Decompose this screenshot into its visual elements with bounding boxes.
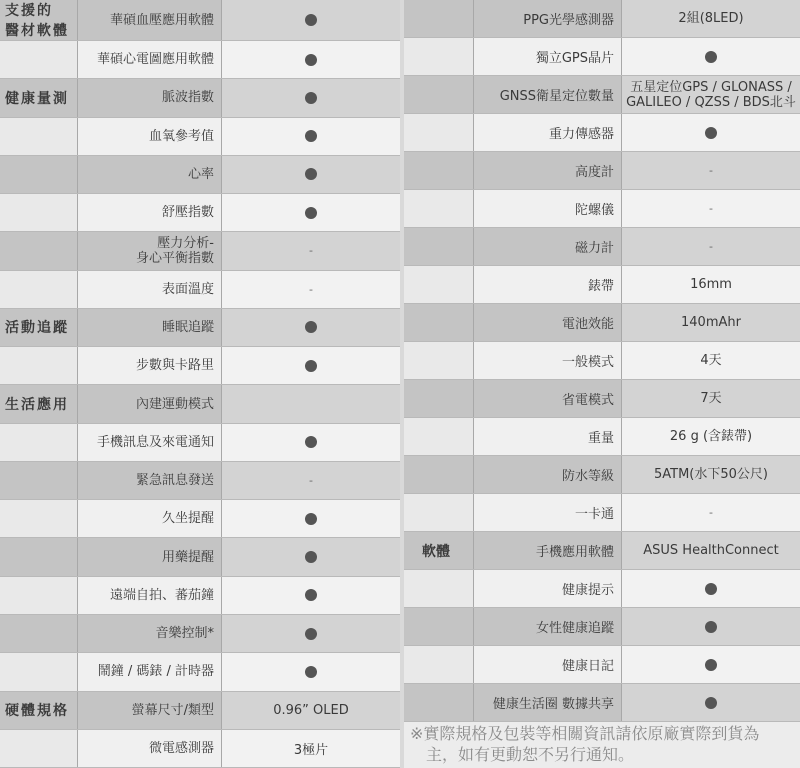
category-cell	[404, 190, 474, 227]
feature-cell: GNSS衛星定位數量	[474, 76, 622, 113]
spec-row: 獨立GPS晶片	[404, 38, 800, 76]
supported-dot-icon	[305, 513, 317, 525]
value-cell	[222, 0, 400, 40]
value-cell: 4天	[622, 342, 800, 379]
category-cell	[404, 684, 474, 721]
feature-cell: 華碩心電圖應用軟體	[78, 41, 222, 78]
supported-dot-icon	[705, 659, 717, 671]
spec-row: 女性健康追蹤	[404, 608, 800, 646]
category-cell	[404, 380, 474, 417]
spec-row: 電池效能140mAhr	[404, 304, 800, 342]
feature-cell: 女性健康追蹤	[474, 608, 622, 645]
category-cell	[404, 494, 474, 531]
value-cell: 5ATM(水下50公尺)	[622, 456, 800, 493]
value-cell: 2組(8LED)	[622, 0, 800, 37]
spec-sheet: 支援的醫材軟體華碩血壓應用軟體華碩心電圖應用軟體健康量測脈波指數血氧參考值心率舒…	[0, 0, 800, 768]
value-cell: -	[222, 232, 400, 269]
category-cell	[0, 577, 78, 614]
supported-dot-icon	[705, 127, 717, 139]
spec-row: 重力傳感器	[404, 114, 800, 152]
category-cell	[404, 38, 474, 75]
spec-row: 一般模式4天	[404, 342, 800, 380]
feature-cell: 心率	[78, 156, 222, 193]
category-cell: 支援的醫材軟體	[0, 0, 78, 40]
feature-cell: 用藥提醒	[78, 538, 222, 575]
value-cell	[222, 41, 400, 78]
value-cell: 26 g (含錶帶)	[622, 418, 800, 455]
category-cell	[0, 730, 78, 767]
supported-dot-icon	[705, 583, 717, 595]
feature-cell: 防水等級	[474, 456, 622, 493]
spec-row: 血氧參考值	[0, 118, 400, 156]
value-cell	[222, 309, 400, 346]
spec-row: 生活應用內建運動模式	[0, 385, 400, 423]
value-cell: 五星定位GPS / GLONASS /GALILEO / QZSS / BDS北…	[622, 76, 800, 113]
value-cell	[222, 194, 400, 231]
value-cell: 7天	[622, 380, 800, 417]
spec-row: 久坐提醒	[0, 500, 400, 538]
feature-cell: 睡眠追蹤	[78, 309, 222, 346]
category-cell	[404, 266, 474, 303]
category-cell	[0, 271, 78, 308]
feature-cell: 內建運動模式	[78, 385, 222, 422]
category-cell	[0, 347, 78, 384]
category-cell	[0, 232, 78, 269]
value-cell	[222, 79, 400, 116]
not-supported-dash: -	[309, 244, 313, 257]
category-cell	[404, 76, 474, 113]
feature-cell: 緊急訊息發送	[78, 462, 222, 499]
supported-dot-icon	[305, 589, 317, 601]
spec-row: 壓力分析-身心平衡指數-	[0, 232, 400, 270]
category-cell	[0, 424, 78, 461]
supported-dot-icon	[705, 51, 717, 63]
spec-row: 健康日記	[404, 646, 800, 684]
category-cell	[0, 500, 78, 537]
value-cell	[222, 500, 400, 537]
feature-cell: 華碩血壓應用軟體	[78, 0, 222, 40]
spec-row: 微電感測器3極片	[0, 730, 400, 768]
feature-cell: 舒壓指數	[78, 194, 222, 231]
feature-cell: 手機應用軟體	[474, 532, 622, 569]
category-cell	[404, 342, 474, 379]
spec-row: 緊急訊息發送-	[0, 462, 400, 500]
spec-row: 防水等級5ATM(水下50公尺)	[404, 456, 800, 494]
disclaimer-line-1: ※實際規格及包裝等相關資訊請依原廠實際到貨為	[410, 723, 800, 744]
value-cell	[222, 577, 400, 614]
feature-cell: 高度計	[474, 152, 622, 189]
spec-row: 步數與卡路里	[0, 347, 400, 385]
value-cell	[222, 653, 400, 690]
spec-row: 手機訊息及來電通知	[0, 424, 400, 462]
value-cell: 0.96” OLED	[222, 692, 400, 729]
feature-cell: 螢幕尺寸/類型	[78, 692, 222, 729]
category-cell	[0, 194, 78, 231]
category-cell	[404, 418, 474, 455]
supported-dot-icon	[305, 14, 317, 26]
value-cell: -	[622, 228, 800, 265]
category-cell	[0, 538, 78, 575]
supported-dot-icon	[305, 360, 317, 372]
spec-row: 一卡通-	[404, 494, 800, 532]
spec-table-left: 支援的醫材軟體華碩血壓應用軟體華碩心電圖應用軟體健康量測脈波指數血氧參考值心率舒…	[0, 0, 400, 768]
spec-row: 健康生活圈 數據共享	[404, 684, 800, 722]
spec-row: 活動追蹤睡眠追蹤	[0, 309, 400, 347]
feature-cell: 遠端自拍、蕃茄鐘	[78, 577, 222, 614]
not-supported-dash: -	[309, 283, 313, 296]
category-cell	[404, 152, 474, 189]
spec-row: 鬧鐘 / 碼錶 / 計時器	[0, 653, 400, 691]
feature-cell: 血氧參考值	[78, 118, 222, 155]
supported-dot-icon	[305, 436, 317, 448]
feature-cell: 健康日記	[474, 646, 622, 683]
category-cell	[404, 0, 474, 37]
supported-dot-icon	[305, 551, 317, 563]
value-cell	[622, 570, 800, 607]
feature-cell: 獨立GPS晶片	[474, 38, 622, 75]
disclaimer-note: ※實際規格及包裝等相關資訊請依原廠實際到貨為 主，如有更動恕不另行通知。	[404, 722, 800, 768]
value-cell	[622, 608, 800, 645]
spec-row: 健康提示	[404, 570, 800, 608]
feature-cell: 重力傳感器	[474, 114, 622, 151]
value-cell	[622, 114, 800, 151]
supported-dot-icon	[305, 92, 317, 104]
category-cell: 健康量測	[0, 79, 78, 116]
feature-cell: 微電感測器	[78, 730, 222, 767]
feature-cell: 步數與卡路里	[78, 347, 222, 384]
supported-dot-icon	[305, 54, 317, 66]
value-cell: -	[622, 494, 800, 531]
spec-row: 支援的醫材軟體華碩血壓應用軟體	[0, 0, 400, 41]
category-cell	[404, 228, 474, 265]
value-cell: -	[622, 190, 800, 227]
category-cell	[0, 462, 78, 499]
supported-dot-icon	[305, 207, 317, 219]
feature-cell: 省電模式	[474, 380, 622, 417]
disclaimer-line-2: 主，如有更動恕不另行通知。	[410, 744, 800, 765]
spec-table-right: PPG光學感測器2組(8LED)獨立GPS晶片GNSS衛星定位數量五星定位GPS…	[404, 0, 800, 722]
value-cell: -	[622, 152, 800, 189]
category-cell	[404, 456, 474, 493]
category-cell: 硬體規格	[0, 692, 78, 729]
category-cell	[0, 118, 78, 155]
spec-row: 遠端自拍、蕃茄鐘	[0, 577, 400, 615]
feature-cell: 久坐提醒	[78, 500, 222, 537]
not-supported-dash: -	[309, 474, 313, 487]
category-cell	[404, 304, 474, 341]
spec-row: PPG光學感測器2組(8LED)	[404, 0, 800, 38]
feature-cell: 重量	[474, 418, 622, 455]
supported-dot-icon	[305, 321, 317, 333]
category-cell	[404, 570, 474, 607]
category-cell	[0, 653, 78, 690]
category-cell	[404, 114, 474, 151]
spec-row: 健康量測脈波指數	[0, 79, 400, 117]
supported-dot-icon	[305, 130, 317, 142]
feature-cell: 健康生活圈 數據共享	[474, 684, 622, 721]
not-supported-dash: -	[709, 505, 713, 520]
value-cell: -	[222, 462, 400, 499]
category-cell	[0, 156, 78, 193]
spec-row: 用藥提醒	[0, 538, 400, 576]
spec-row: 磁力計-	[404, 228, 800, 266]
spec-row: 舒壓指數	[0, 194, 400, 232]
feature-cell: PPG光學感測器	[474, 0, 622, 37]
feature-cell: 一卡通	[474, 494, 622, 531]
not-supported-dash: -	[709, 163, 713, 178]
value-cell: ASUS HealthConnect	[622, 532, 800, 569]
not-supported-dash: -	[709, 239, 713, 254]
supported-dot-icon	[305, 666, 317, 678]
value-cell	[622, 684, 800, 721]
value-cell	[222, 118, 400, 155]
spec-row: 軟體手機應用軟體ASUS HealthConnect	[404, 532, 800, 570]
category-cell: 生活應用	[0, 385, 78, 422]
feature-cell: 手機訊息及來電通知	[78, 424, 222, 461]
spec-row: 省電模式7天	[404, 380, 800, 418]
value-cell: 16mm	[622, 266, 800, 303]
value-cell	[622, 646, 800, 683]
value-cell	[222, 385, 400, 422]
feature-cell: 脈波指數	[78, 79, 222, 116]
value-cell: 3極片	[222, 730, 400, 767]
spec-row: 心率	[0, 156, 400, 194]
category-cell: 軟體	[404, 532, 474, 569]
category-cell: 活動追蹤	[0, 309, 78, 346]
category-cell	[404, 608, 474, 645]
spec-row: 表面溫度-	[0, 271, 400, 309]
feature-cell: 音樂控制*	[78, 615, 222, 652]
feature-cell: 健康提示	[474, 570, 622, 607]
feature-cell: 錶帶	[474, 266, 622, 303]
spec-row: 陀螺儀-	[404, 190, 800, 228]
spec-row: 高度計-	[404, 152, 800, 190]
feature-cell: 陀螺儀	[474, 190, 622, 227]
value-cell: 140mAhr	[622, 304, 800, 341]
feature-cell: 表面溫度	[78, 271, 222, 308]
supported-dot-icon	[305, 168, 317, 180]
feature-cell: 壓力分析-身心平衡指數	[78, 232, 222, 269]
spec-row: 錶帶16mm	[404, 266, 800, 304]
value-cell	[222, 615, 400, 652]
category-cell	[0, 41, 78, 78]
value-cell	[222, 538, 400, 575]
supported-dot-icon	[705, 621, 717, 633]
spec-row: 音樂控制*	[0, 615, 400, 653]
spec-row: 硬體規格螢幕尺寸/類型0.96” OLED	[0, 692, 400, 730]
not-supported-dash: -	[709, 201, 713, 216]
feature-cell: 磁力計	[474, 228, 622, 265]
value-cell	[222, 347, 400, 384]
supported-dot-icon	[305, 628, 317, 640]
feature-cell: 電池效能	[474, 304, 622, 341]
feature-cell: 鬧鐘 / 碼錶 / 計時器	[78, 653, 222, 690]
spec-row: 重量26 g (含錶帶)	[404, 418, 800, 456]
value-cell	[222, 156, 400, 193]
supported-dot-icon	[705, 697, 717, 709]
value-cell	[622, 38, 800, 75]
value-cell	[222, 424, 400, 461]
category-cell	[0, 615, 78, 652]
spec-row: 華碩心電圖應用軟體	[0, 41, 400, 79]
spec-row: GNSS衛星定位數量五星定位GPS / GLONASS /GALILEO / Q…	[404, 76, 800, 114]
feature-cell: 一般模式	[474, 342, 622, 379]
category-cell	[404, 646, 474, 683]
value-cell: -	[222, 271, 400, 308]
